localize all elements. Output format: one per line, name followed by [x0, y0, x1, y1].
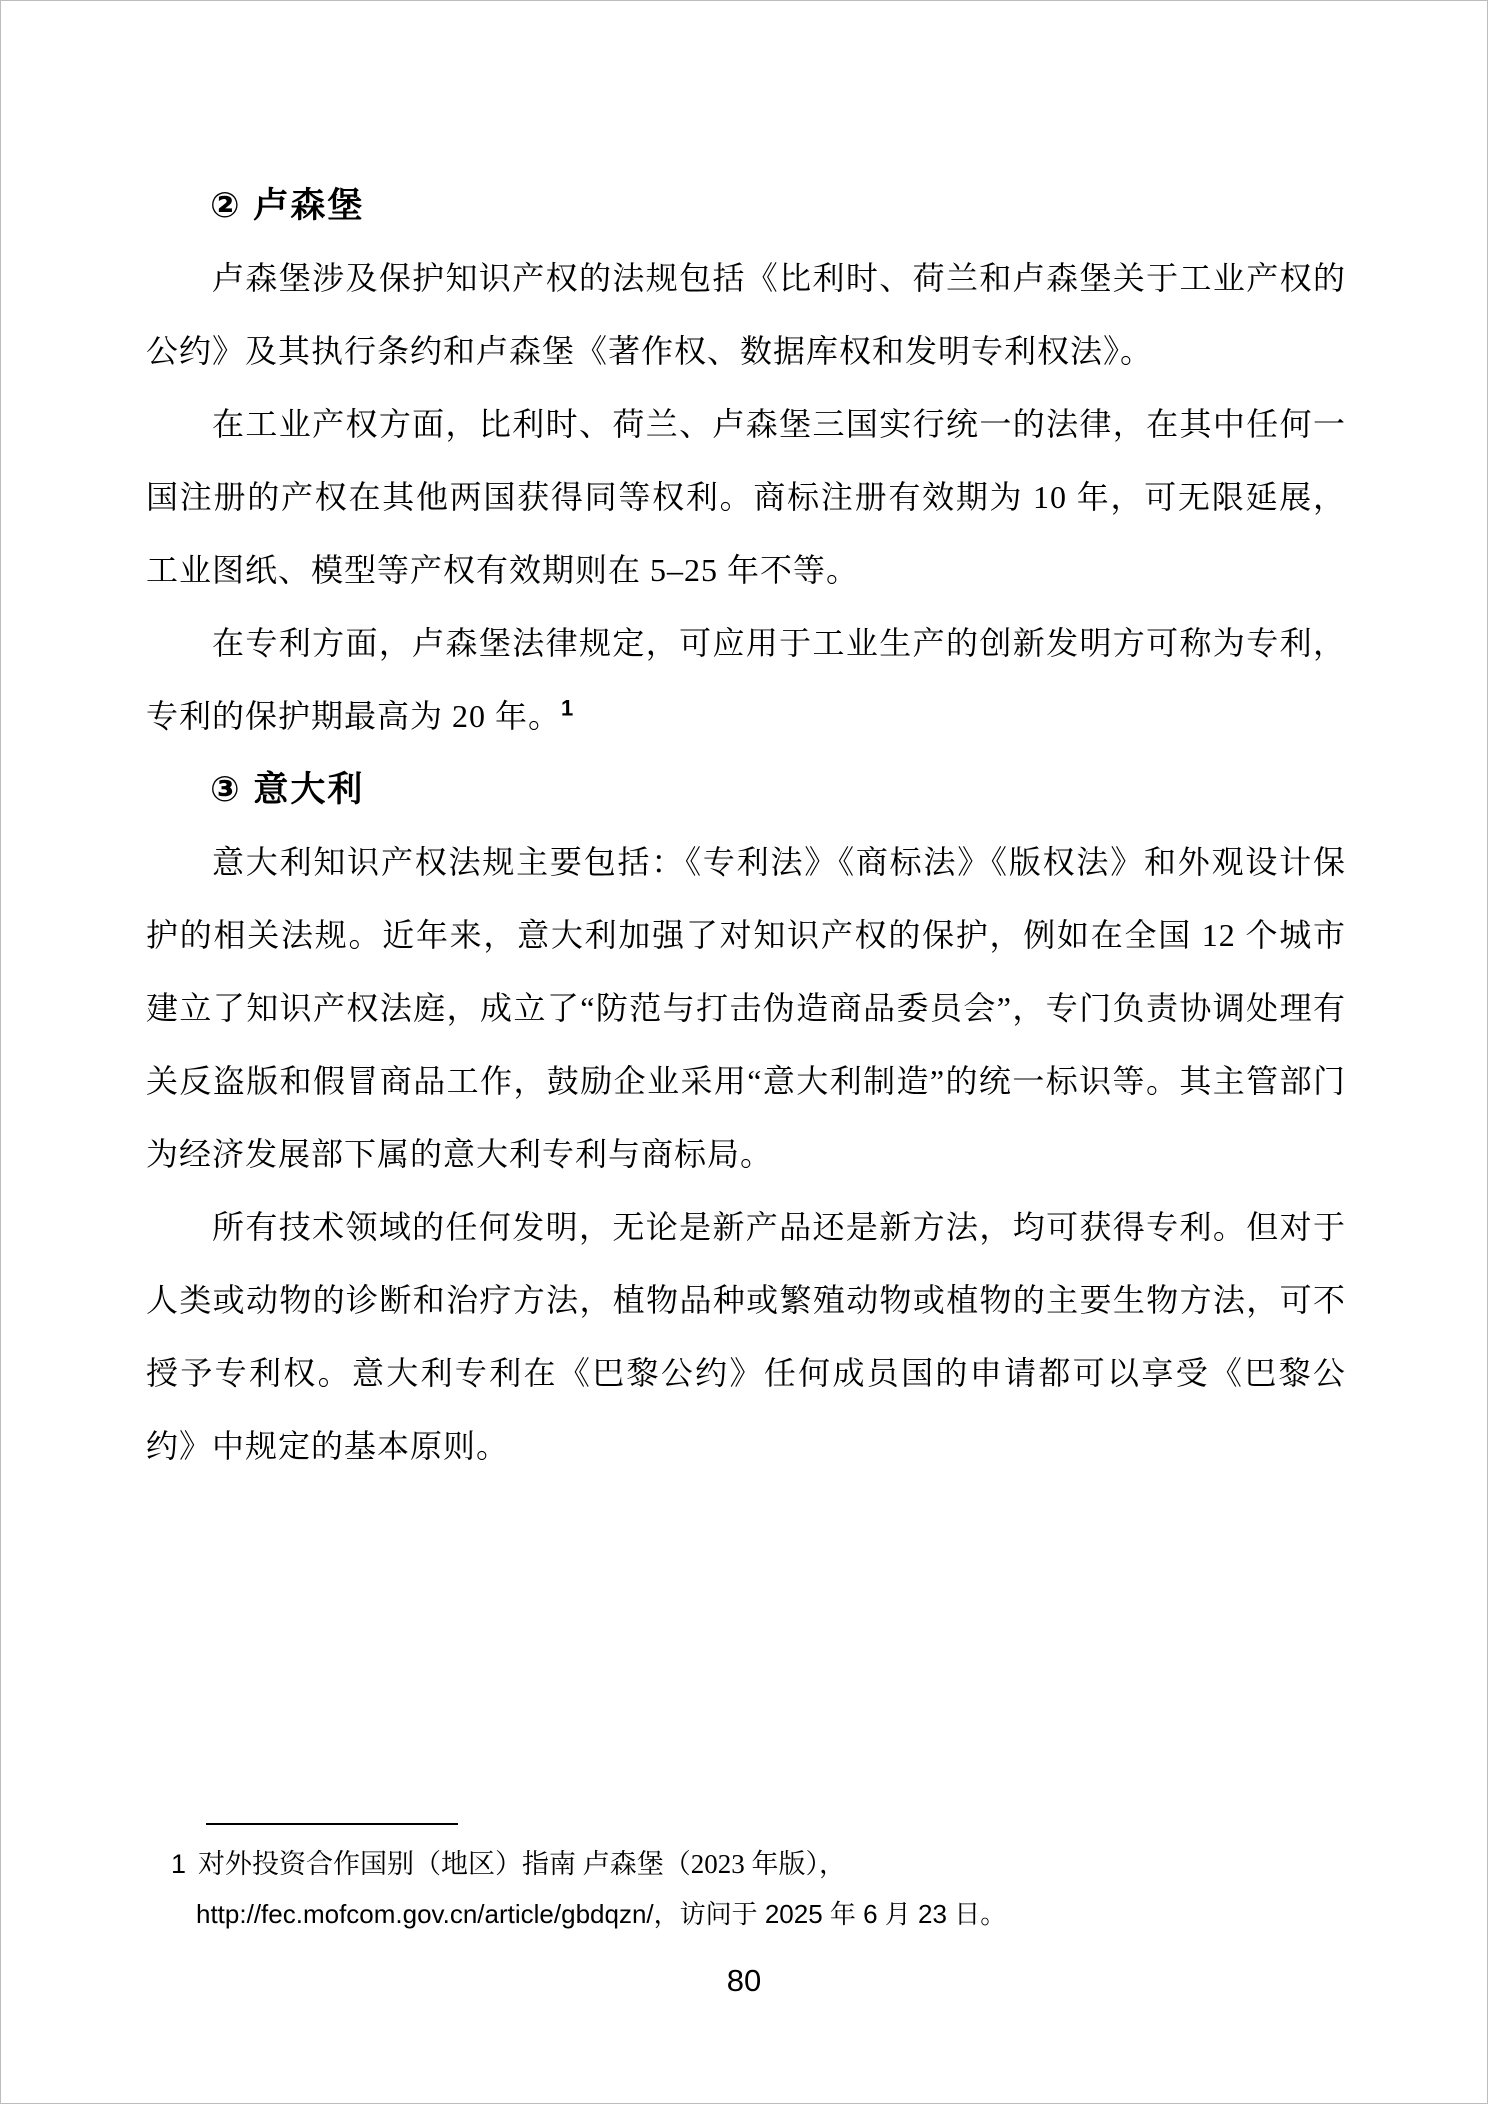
footnote-number: 1 — [171, 1849, 198, 1879]
paragraph: 在工业产权方面，比利时、荷兰、卢森堡三国实行统一的法律，在其中任何一国注册的产权… — [146, 388, 1346, 607]
paragraph: 卢森堡涉及保护知识产权的法规包括《比利时、荷兰和卢森堡关于工业产权的公约》及其执… — [146, 242, 1346, 388]
document-page: ② 卢森堡 卢森堡涉及保护知识产权的法规包括《比利时、荷兰和卢森堡关于工业产权的… — [0, 0, 1488, 2104]
page-number: 80 — [1, 1963, 1487, 1999]
paragraph: 所有技术领域的任何发明，无论是新产品还是新方法，均可获得专利。但对于人类或动物的… — [146, 1191, 1346, 1483]
page-body: ② 卢森堡 卢森堡涉及保护知识产权的法规包括《比利时、荷兰和卢森堡关于工业产权的… — [146, 169, 1346, 1483]
section-heading-italy: ③ 意大利 — [146, 753, 1346, 826]
paragraph: 意大利知识产权法规主要包括：《专利法》《商标法》《版权法》和外观设计保护的相关法… — [146, 826, 1346, 1191]
footnote-url-line: http://fec.mofcom.gov.cn/article/gbdqzn/… — [146, 1889, 1346, 1939]
footnote-reference-text: 对外投资合作国别（地区）指南 卢森堡（2023 年版）， — [198, 1849, 846, 1879]
section-heading-luxembourg: ② 卢森堡 — [146, 169, 1346, 242]
paragraph: 在专利方面，卢森堡法律规定，可应用于工业生产的创新发明方可称为专利，专利的保护期… — [146, 607, 1346, 753]
footnote-line: 1对外投资合作国别（地区）指南 卢森堡（2023 年版）， — [146, 1839, 1346, 1889]
footnote: 1对外投资合作国别（地区）指南 卢森堡（2023 年版）， http://fec… — [146, 1823, 1346, 1939]
paragraph-text: 在专利方面，卢森堡法律规定，可应用于工业生产的创新发明方可称为专利，专利的保护期… — [146, 625, 1346, 734]
footnote-separator — [206, 1823, 458, 1825]
footnote-ref: 1 — [561, 695, 574, 720]
